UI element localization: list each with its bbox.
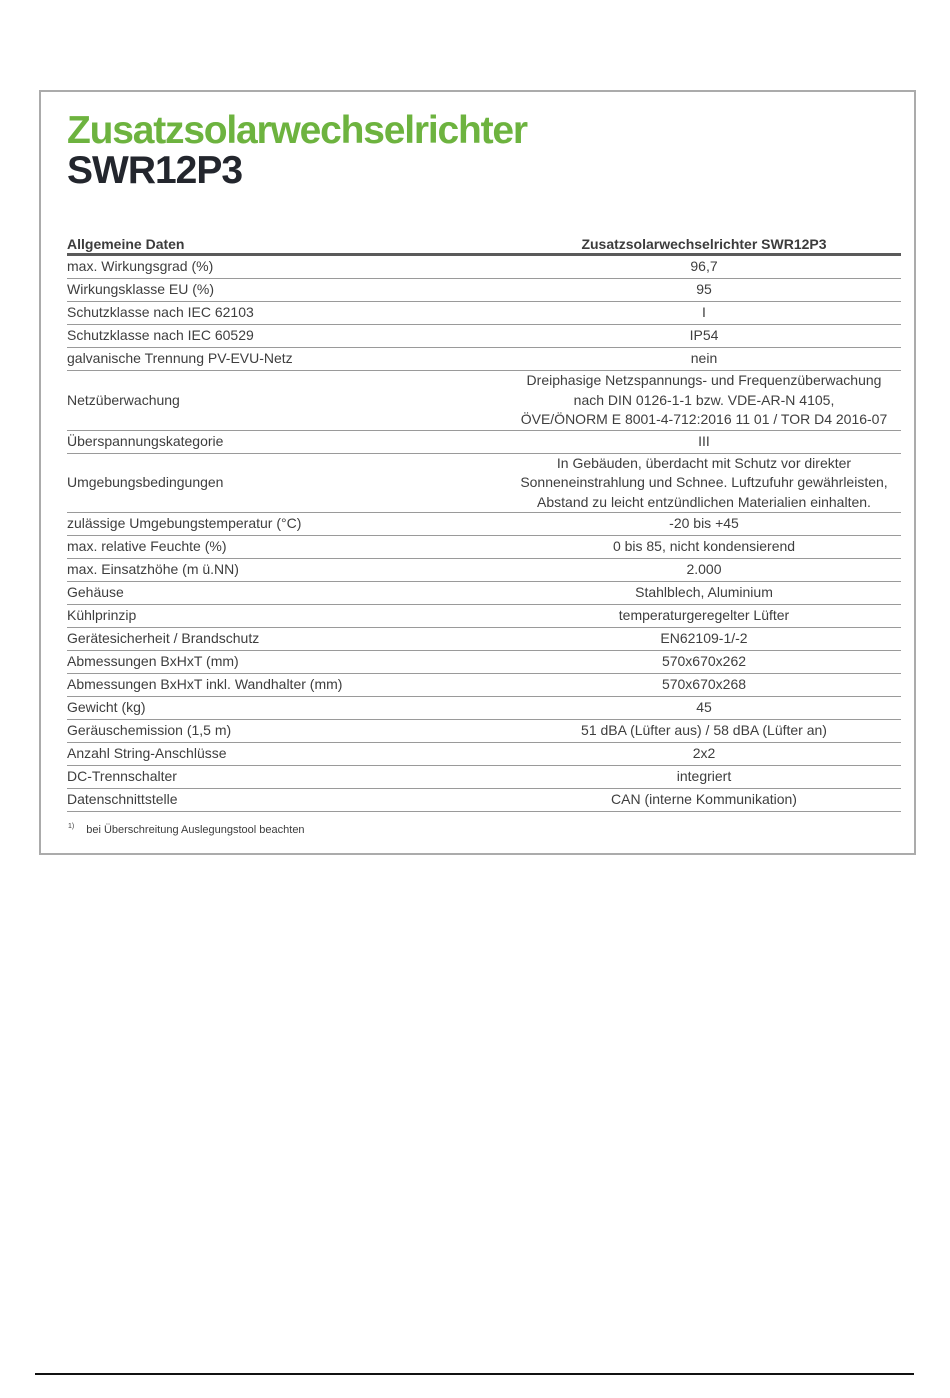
spec-value: 95 — [447, 279, 901, 302]
spec-value: nein — [447, 348, 901, 371]
spec-value: temperaturgeregelter Lüfter — [447, 605, 901, 628]
table-row: Gewicht (kg)45 — [67, 697, 901, 720]
table-row: Gerätesicherheit / BrandschutzEN62109-1/… — [67, 628, 901, 651]
table-row: max. relative Feuchte (%)0 bis 85, nicht… — [67, 536, 901, 559]
table-row: DC-Trennschalterintegriert — [67, 766, 901, 789]
spec-label: max. relative Feuchte (%) — [67, 536, 447, 559]
spec-table: Allgemeine Daten Zusatzsolarwechselricht… — [67, 230, 901, 812]
table-row: zulässige Umgebungstemperatur (°C)-20 bi… — [67, 513, 901, 536]
spec-label: galvanische Trennung PV-EVU-Netz — [67, 348, 447, 371]
spec-label: DC-Trennschalter — [67, 766, 447, 789]
table-row: Kühlprinziptemperaturgeregelter Lüfter — [67, 605, 901, 628]
header-product: Zusatzsolarwechselrichter SWR12P3 — [447, 230, 901, 255]
spec-value: I — [447, 302, 901, 325]
spec-label: Überspannungskategorie — [67, 430, 447, 453]
table-row: DatenschnittstelleCAN (interne Kommunika… — [67, 789, 901, 812]
spec-label: Netzüberwachung — [67, 371, 447, 431]
spec-value: Dreiphasige Netzspannungs- und Frequenzü… — [447, 371, 901, 431]
table-row: Schutzklasse nach IEC 60529IP54 — [67, 325, 901, 348]
product-model-title: SWR12P3 — [67, 150, 242, 192]
spec-label: Anzahl String-Anschlüsse — [67, 743, 447, 766]
spec-label: max. Wirkungsgrad (%) — [67, 255, 447, 279]
table-row: UmgebungsbedingungenIn Gebäuden, überdac… — [67, 453, 901, 513]
spec-value: In Gebäuden, überdacht mit Schutz vor di… — [447, 453, 901, 513]
spec-value: 570x670x262 — [447, 651, 901, 674]
table-row: galvanische Trennung PV-EVU-Netznein — [67, 348, 901, 371]
spec-table-body: max. Wirkungsgrad (%)96,7Wirkungsklasse … — [67, 255, 901, 812]
spec-label: zulässige Umgebungstemperatur (°C) — [67, 513, 447, 536]
spec-label: Abmessungen BxHxT inkl. Wandhalter (mm) — [67, 674, 447, 697]
spec-value: 96,7 — [447, 255, 901, 279]
page-bottom-rule — [35, 1373, 914, 1375]
footnote-marker: 1) — [68, 823, 74, 830]
table-row: Abmessungen BxHxT (mm)570x670x262 — [67, 651, 901, 674]
spec-value: IP54 — [447, 325, 901, 348]
table-row: max. Wirkungsgrad (%)96,7 — [67, 255, 901, 279]
footnote-text: bei Überschreitung Auslegungstool beacht… — [86, 824, 304, 836]
spec-value: Stahlblech, Aluminium — [447, 582, 901, 605]
spec-label: max. Einsatzhöhe (m ü.NN) — [67, 559, 447, 582]
table-row: ÜberspannungskategorieIII — [67, 430, 901, 453]
spec-label: Gewicht (kg) — [67, 697, 447, 720]
spec-value: 570x670x268 — [447, 674, 901, 697]
spec-label: Kühlprinzip — [67, 605, 447, 628]
spec-label: Geräuschemission (1,5 m) — [67, 720, 447, 743]
spec-value: 45 — [447, 697, 901, 720]
spec-label: Gehäuse — [67, 582, 447, 605]
spec-value: EN62109-1/-2 — [447, 628, 901, 651]
spec-label: Gerätesicherheit / Brandschutz — [67, 628, 447, 651]
header-general-data: Allgemeine Daten — [67, 230, 447, 255]
spec-value: III — [447, 430, 901, 453]
table-row: NetzüberwachungDreiphasige Netzspannungs… — [67, 371, 901, 431]
table-header-row: Allgemeine Daten Zusatzsolarwechselricht… — [67, 230, 901, 255]
product-category-title: Zusatzsolarwechselrichter — [67, 110, 527, 152]
table-row: Schutzklasse nach IEC 62103I — [67, 302, 901, 325]
spec-label: Schutzklasse nach IEC 62103 — [67, 302, 447, 325]
table-row: max. Einsatzhöhe (m ü.NN)2.000 — [67, 559, 901, 582]
spec-value: integriert — [447, 766, 901, 789]
spec-label: Abmessungen BxHxT (mm) — [67, 651, 447, 674]
spec-label: Schutzklasse nach IEC 60529 — [67, 325, 447, 348]
spec-value: CAN (interne Kommunikation) — [447, 789, 901, 812]
spec-value: 51 dBA (Lüfter aus) / 58 dBA (Lüfter an) — [447, 720, 901, 743]
spec-value: 0 bis 85, nicht kondensierend — [447, 536, 901, 559]
footnote: 1)bei Überschreitung Auslegungstool beac… — [68, 824, 305, 836]
spec-label: Umgebungsbedingungen — [67, 453, 447, 513]
spec-label: Datenschnittstelle — [67, 789, 447, 812]
spec-value: -20 bis +45 — [447, 513, 901, 536]
table-row: Anzahl String-Anschlüsse2x2 — [67, 743, 901, 766]
spec-label: Wirkungsklasse EU (%) — [67, 279, 447, 302]
spec-value: 2x2 — [447, 743, 901, 766]
table-row: Wirkungsklasse EU (%)95 — [67, 279, 901, 302]
table-row: Geräuschemission (1,5 m)51 dBA (Lüfter a… — [67, 720, 901, 743]
table-row: GehäuseStahlblech, Aluminium — [67, 582, 901, 605]
spec-value: 2.000 — [447, 559, 901, 582]
table-row: Abmessungen BxHxT inkl. Wandhalter (mm)5… — [67, 674, 901, 697]
